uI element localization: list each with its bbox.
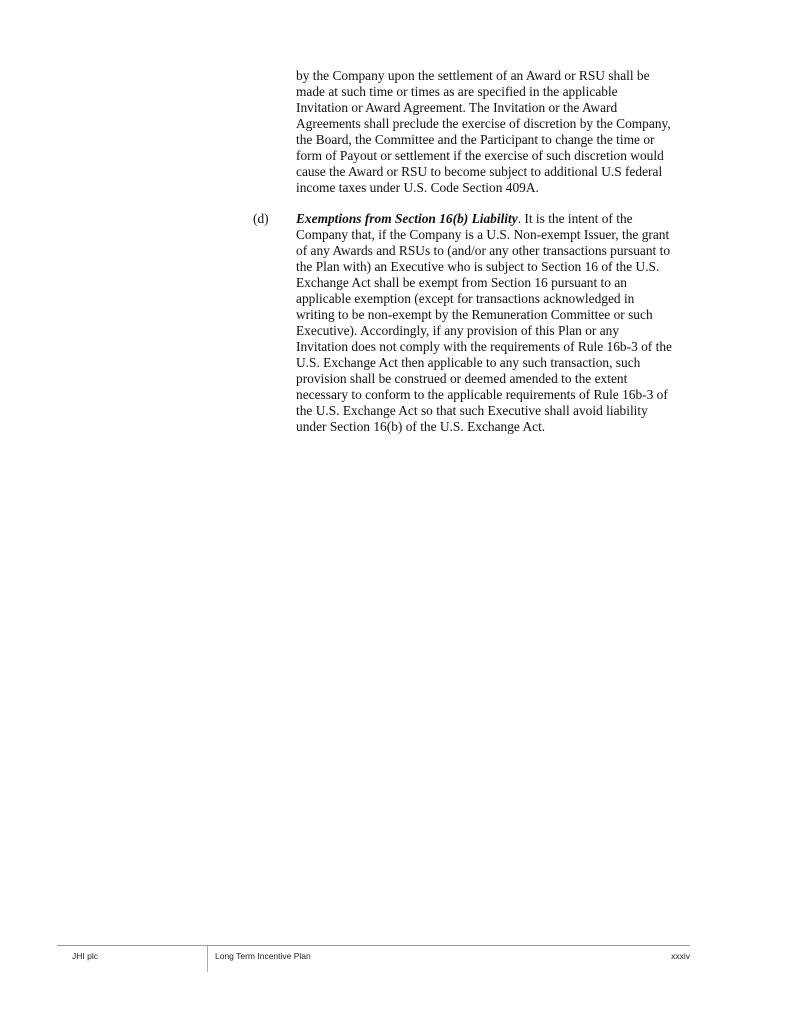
text-line: Executive). Accordingly, if any provisio…	[296, 323, 696, 339]
text-line: made at such time or times as are specif…	[296, 84, 696, 100]
footer-title: Long Term Incentive Plan	[215, 951, 311, 962]
footer-rule	[57, 945, 690, 946]
footer-divider	[207, 945, 208, 972]
text-line: under Section 16(b) of the U.S. Exchange…	[296, 419, 696, 435]
text-line: by the Company upon the settlement of an…	[296, 68, 696, 84]
section-heading-suffix: . It is the intent of the	[518, 211, 633, 226]
section-heading-line: Exemptions from Section 16(b) Liability.…	[296, 211, 696, 227]
text-line: the Plan with) an Executive who is subje…	[296, 259, 696, 275]
continued-paragraph: by the Company upon the settlement of an…	[296, 68, 696, 196]
text-line: the Board, the Committee and the Partici…	[296, 132, 696, 148]
text-line: provision shall be construed or deemed a…	[296, 371, 696, 387]
section-label: (d)	[253, 211, 269, 227]
text-line: applicable exemption (except for transac…	[296, 291, 696, 307]
text-line: Invitation does not comply with the requ…	[296, 339, 696, 355]
section-heading: Exemptions from Section 16(b) Liability	[296, 211, 518, 226]
section-d-paragraph: Exemptions from Section 16(b) Liability.…	[296, 211, 696, 435]
text-line: income taxes under U.S. Code Section 409…	[296, 180, 696, 196]
document-page: by the Company upon the settlement of an…	[0, 0, 791, 1024]
footer-company: JHI plc	[72, 951, 98, 962]
text-line: Company that, if the Company is a U.S. N…	[296, 227, 696, 243]
text-line: the U.S. Exchange Act so that such Execu…	[296, 403, 696, 419]
text-line: writing to be non-exempt by the Remunera…	[296, 307, 696, 323]
text-line: of any Awards and RSUs to (and/or any ot…	[296, 243, 696, 259]
text-line: Agreements shall preclude the exercise o…	[296, 116, 696, 132]
text-line: cause the Award or RSU to become subject…	[296, 164, 696, 180]
text-line: form of Payout or settlement if the exer…	[296, 148, 696, 164]
text-line: Exchange Act shall be exempt from Sectio…	[296, 275, 696, 291]
text-line: Invitation or Award Agreement. The Invit…	[296, 100, 696, 116]
text-line: necessary to conform to the applicable r…	[296, 387, 696, 403]
text-line: U.S. Exchange Act then applicable to any…	[296, 355, 696, 371]
page-number: xxxiv	[665, 951, 690, 962]
